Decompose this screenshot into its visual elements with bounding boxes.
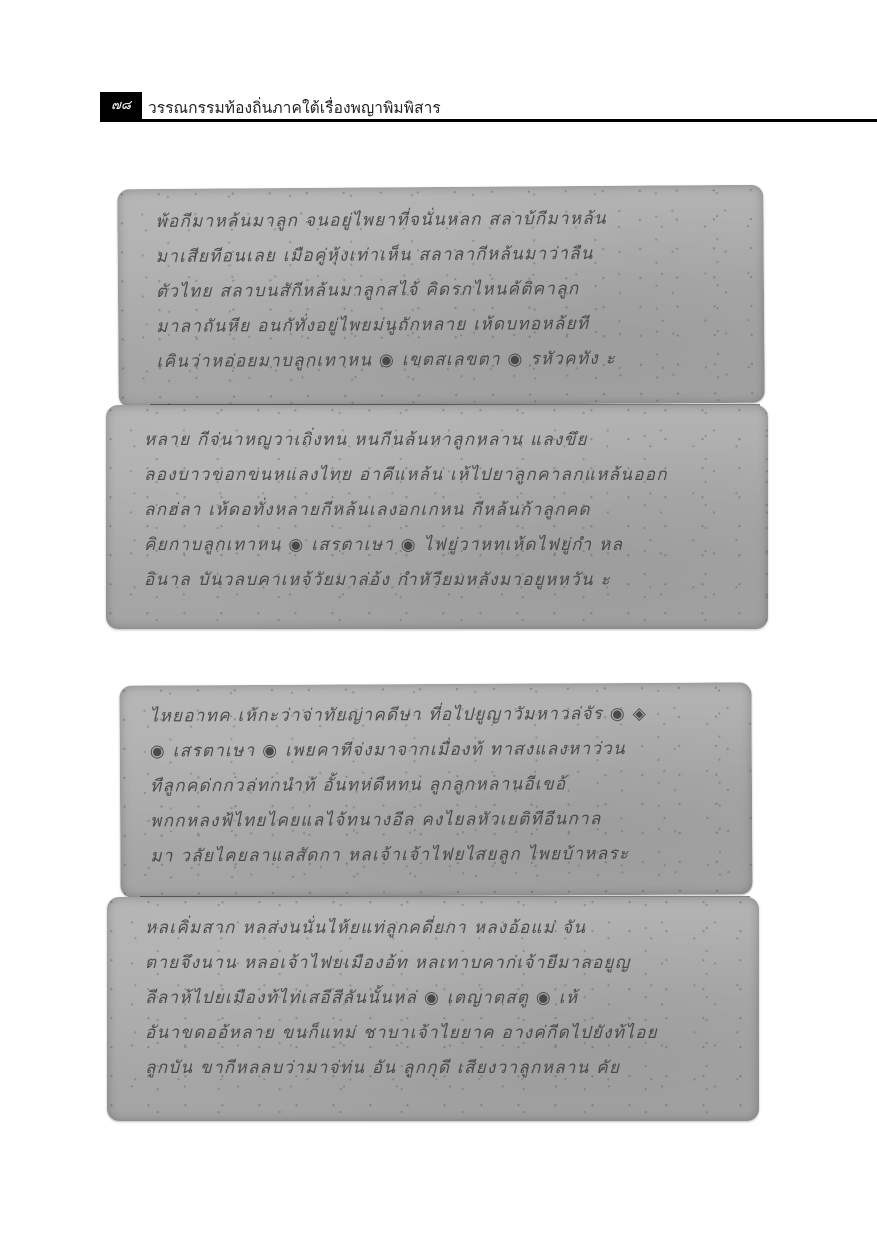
- script-line: ตายจึงนาน หลอเจ้าไฟยเมืองอ้ท หลเทาบคาก่เ…: [145, 946, 737, 981]
- script-line: ลูกบัน ขากีหลลบว่ามาจ่ท่น อัน ลูกกุดี เส…: [145, 1051, 737, 1086]
- script-line: อินาล บันวลบคาเหจ้วัยมาล่อ้ง กำหัวียมหลั…: [144, 563, 746, 598]
- script-line: พ้อกีมาหล้นมาลูก จนอยู่ไพยาที่จนั่นหลก ส…: [155, 201, 741, 240]
- manuscript-panel: หลเคิ่มสาก หลส่งนนั่นไห้ยแท่ลูกคดี่ยกา ห…: [107, 897, 759, 1121]
- header-rule: [100, 119, 877, 122]
- script-line: ลองบาวขอกขนหแลงไทย อาคีแหล้น เห้ไปยาลูกค…: [144, 458, 746, 493]
- script-line: พกกหลงฟ้ไทยไคยแลไจ้ทนางอีล คงไยลหัวเยติท…: [150, 801, 730, 839]
- script-line: ทีลูกคด่กกวล่ทกนำท้ อั้นทห่ดีหทน ลูกลูกห…: [150, 766, 730, 804]
- manuscript-panel: พ้อกีมาหล้นมาลูก จนอยู่ไพยาที่จนั่นหลก ส…: [117, 185, 765, 408]
- script-line: หลเคิ่มสาก หลส่งนนั่นไห้ยแท่ลูกคดี่ยกา ห…: [145, 911, 737, 946]
- script-lines: พ้อกีมาหล้นมาลูก จนอยู่ไพยาที่จนั่นหลก ส…: [155, 201, 742, 380]
- script-line: ไหยอาทค เห้กะว่าจ่าทัยญ่าคดีษา ที่อไปยูญ…: [150, 696, 730, 734]
- script-lines: หลาย กีจ่นาหญูวาเถิ่งทน หนกีนล้นหาลูกหลา…: [144, 423, 746, 598]
- script-line: เคินว่าหอ่อยมาบลูกเทาหน ◉ เขตสเลขตา ◉ รห…: [156, 341, 742, 380]
- page-title: วรรณกรรมท้องถิ่นภาคใต้เรื่องพญาพิมพิสาร: [148, 95, 441, 120]
- script-line: หลาย กีจ่นาหญูวาเถิ่งทน หนกีนล้นหาลูกหลา…: [144, 423, 746, 458]
- script-line: ลีลาห้ไปยเมืองท้ไท่เสอีสีลันนั้นหล่ ◉ เต…: [145, 981, 737, 1016]
- script-line: ◉ เสรตาเษา ◉ เพยคาทีจ่งมาจากเมื่องท้ ทาส…: [150, 731, 730, 769]
- script-line: อันาขดออ้หลาย ขนก็แทม่ ชาบาเจ้าไยยาค อาง…: [145, 1016, 737, 1051]
- script-lines: หลเคิ่มสาก หลส่งนนั่นไห้ยแท่ลูกคดี่ยกา ห…: [145, 911, 737, 1086]
- page-header: ๗๘ วรรณกรรมท้องถิ่นภาคใต้เรื่องพญาพิมพิส…: [100, 92, 877, 122]
- manuscript-panel: ไหยอาทค เห้กะว่าจ่าทัยญ่าคดีษา ที่อไปยูญ…: [119, 682, 752, 897]
- script-line: คิยกาบลูกเทาหน ◉ เสรตาเษา ◉ ไฟยู่วาหทเห้…: [144, 528, 746, 563]
- script-line: มาเสียทีอนเลย เมือคู่หุ้งเท่าเห็น สลาลาก…: [156, 236, 742, 275]
- script-line: มา วลัยไคยลาแลสัดกา หลเจ้าเจ้าไฟยไสยลูก …: [150, 836, 730, 874]
- page-number: ๗๘: [100, 92, 142, 120]
- script-line: ตัวไทย สลาบนสักีหล้นมาลูกสไจ้ คิดรกไหนค้…: [156, 271, 742, 310]
- manuscript-panel: หลาย กีจ่นาหญูวาเถิ่งทน หนกีนล้นหาลูกหลา…: [106, 405, 768, 629]
- script-line: มาลาถันหีย อนกัทั่งอยู่ไพยม่นูถักหลาย เห…: [156, 306, 742, 345]
- script-lines: ไหยอาทค เห้กะว่าจ่าทัยญ่าคดีษา ที่อไปยูญ…: [150, 696, 731, 874]
- script-line: ลกฮ่ลา เห้ดอทั่งหลายกีหล้นเลงอกเกหน กีหล…: [144, 493, 746, 528]
